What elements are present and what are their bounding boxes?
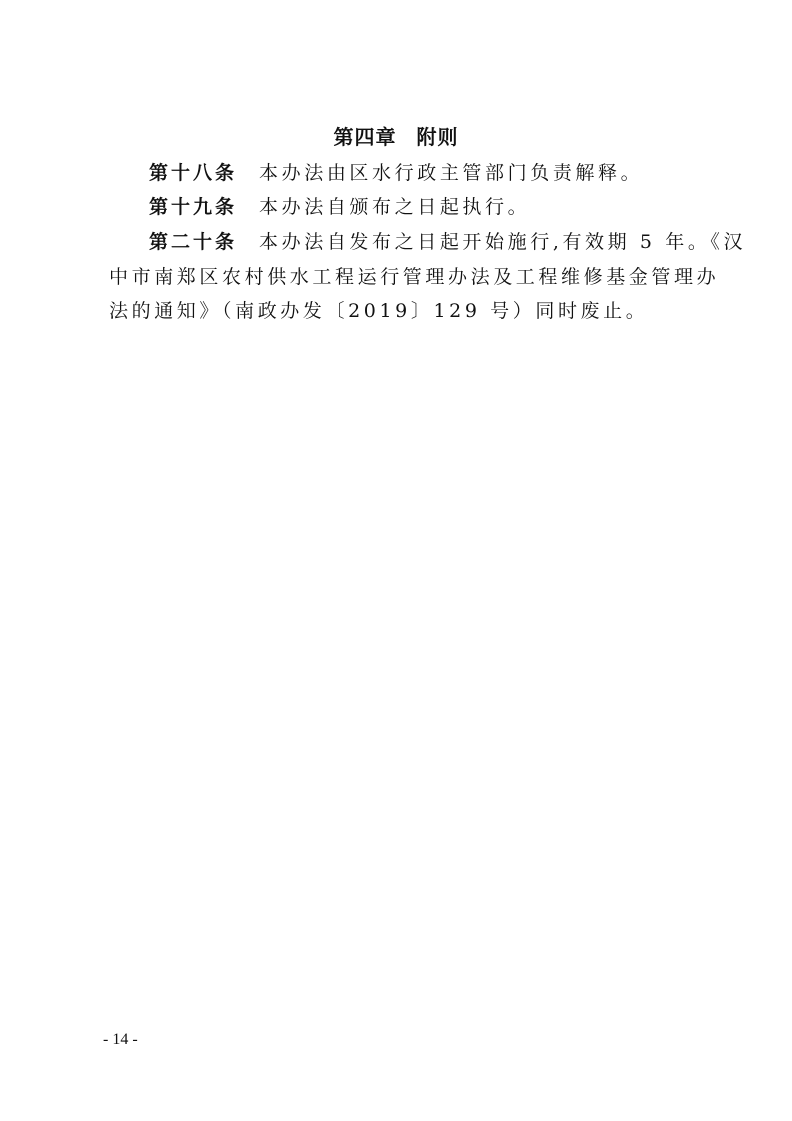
article-19: 第十九条本办法自颁布之日起执行。 <box>109 192 729 219</box>
article-text: 本办法自发布之日起开始施行,有效期 5 年。《汉 <box>259 231 746 253</box>
chapter-heading: 第四章附则 <box>0 121 792 150</box>
article-20-continued: 法的通知》（南政办发〔2019〕129 号）同时废止。 <box>109 296 689 323</box>
chapter-title: 附则 <box>417 125 459 149</box>
article-label: 第十八条 <box>149 162 237 184</box>
article-text: 本办法由区水行政主管部门负责解释。 <box>259 162 643 184</box>
page-number: - 14 - <box>103 1031 138 1049</box>
chapter-number: 第四章 <box>334 125 397 149</box>
article-label: 第十九条 <box>149 196 237 218</box>
article-20-continued: 中市南郑区农村供水工程运行管理办法及工程维修基金管理办 <box>109 262 689 289</box>
article-20: 第二十条本办法自发布之日起开始施行,有效期 5 年。《汉 <box>109 227 729 254</box>
article-text: 本办法自颁布之日起执行。 <box>259 196 530 218</box>
article-label: 第二十条 <box>149 231 237 253</box>
article-18: 第十八条本办法由区水行政主管部门负责解释。 <box>109 158 729 185</box>
